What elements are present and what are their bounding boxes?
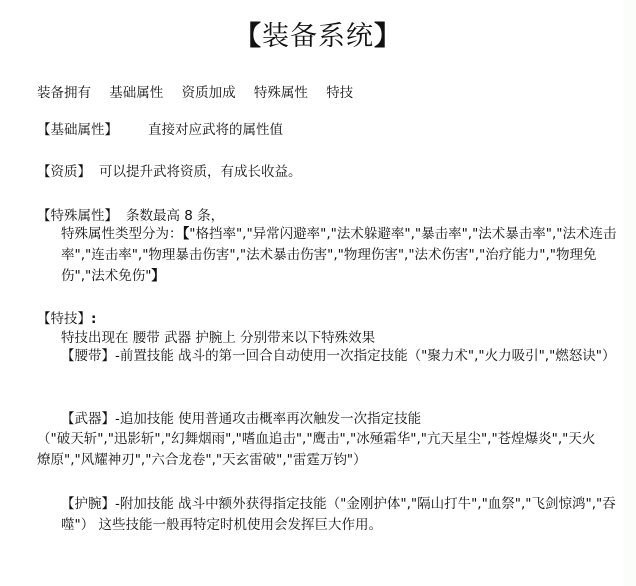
section-label: 【特技】 (37, 311, 91, 327)
topic-stunts: 特技 (326, 85, 353, 101)
section-label: 【特殊属性】 (37, 208, 118, 224)
bracer-text: -附加技能 战斗中额外获得指定技能（"金刚护体","隔山打牛","血祭","飞剑… (61, 496, 616, 533)
topic-equipment-owned: 装备拥有 (37, 85, 91, 101)
count-text: 条数最高 8 条， (126, 208, 224, 224)
section-special-attributes-header: 【特殊属性】条数最高 8 条， (37, 207, 224, 225)
title-close-bracket: 】 (374, 21, 402, 52)
section-text: 可以提升武将资质，有成长收益。 (99, 164, 302, 180)
types-intro: 特殊属性类型分为： (61, 226, 183, 242)
stunt-bracer: 【护腕】-附加技能 战斗中额外获得指定技能（"金刚护体","隔山打牛","血祭"… (37, 494, 631, 536)
section-label: 【基础属性】 (37, 122, 118, 138)
weapon-label: 【武器】 (61, 411, 115, 427)
topic-aptitude-bonus: 资质加成 (182, 85, 236, 101)
title-open-bracket: 【 (234, 21, 262, 52)
special-attribute-types: 特殊属性类型分为：【"格挡率","异常闪避率","法术躲避率","暴击率","法… (37, 224, 631, 287)
stunt-belt: 【腰带】-前置技能 战斗的第一回合自动使用一次指定技能（"聚力术","火力吸引"… (37, 346, 631, 367)
stunt-intro: 特技出现在 腰带 武器 护腕上 分别带来以下特殊效果 (61, 329, 375, 347)
section-aptitude: 【资质】可以提升武将资质，有成长收益。 (37, 163, 302, 181)
topic-list: 装备拥有 基础属性 资质加成 特殊属性 特技 (37, 81, 367, 101)
belt-text: -前置技能 战斗的第一回合自动使用一次指定技能（"聚力术","火力吸引","燃怒… (115, 348, 616, 364)
page-title: 【装备系统】 (0, 14, 636, 53)
belt-label: 【腰带】 (61, 348, 115, 364)
weapon-skill-list: （"破天斩","迅影斩","幻舞烟雨","嗜血追击","鹰击","冰殛霜华","… (37, 429, 607, 471)
bracer-label: 【护腕】 (61, 496, 115, 512)
title-text: 装备系统 (262, 21, 374, 52)
section-text: 直接对应武将的属性值 (148, 122, 283, 138)
section-label: 【资质】 (37, 164, 91, 180)
topic-special-attributes: 特殊属性 (254, 85, 308, 101)
weapon-line1: -追加技能 使用普通攻击概率再次触发一次指定技能 (115, 411, 421, 427)
topic-basic-attributes: 基础属性 (109, 85, 163, 101)
stunt-weapon-header: 【武器】-追加技能 使用普通攻击概率再次触发一次指定技能 (61, 410, 421, 428)
section-basic-attributes: 【基础属性】直接对应武将的属性值 (37, 121, 283, 139)
section-stunts-header: 【特技】: (37, 310, 96, 328)
